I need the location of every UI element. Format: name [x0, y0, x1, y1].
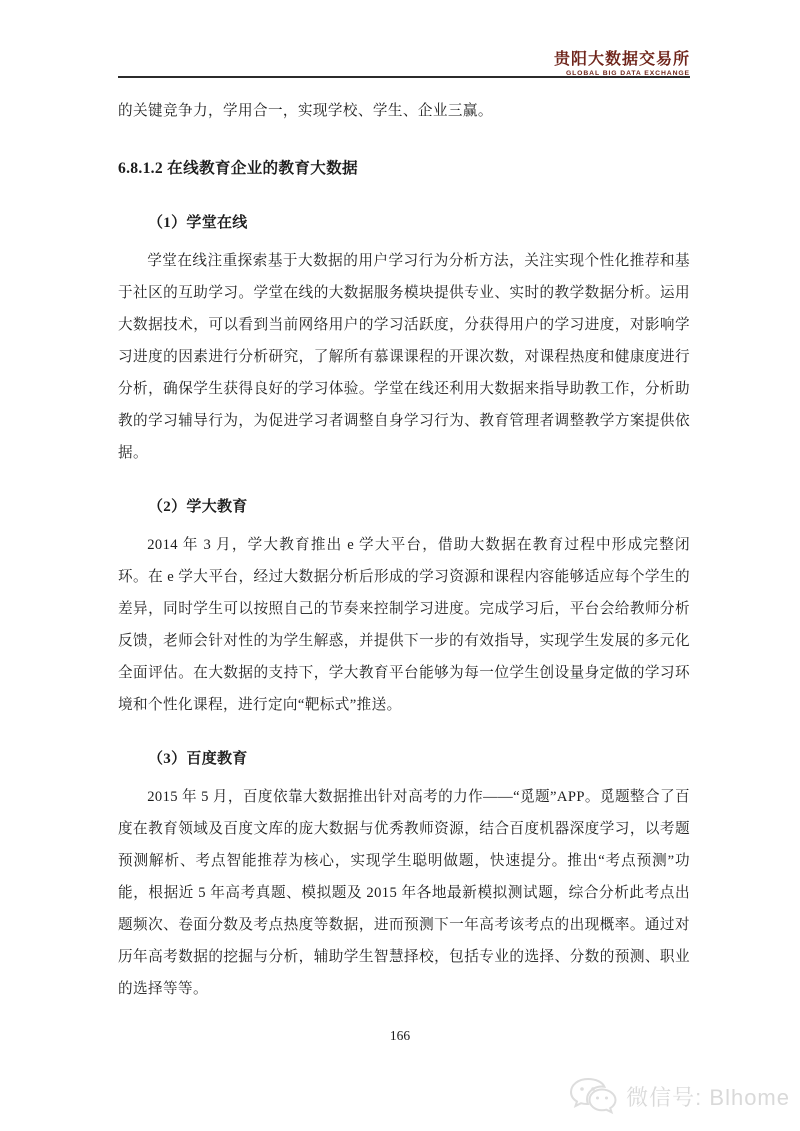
- subsection-heading-1: （1）学堂在线: [118, 207, 690, 239]
- section-heading: 6.8.1.2 在线教育企业的教育大数据: [118, 153, 690, 185]
- page-number: 166: [0, 1028, 800, 1044]
- subsection-paragraph-2: 2014 年 3 月，学大教育推出 e 学大平台，借助大数据在教育过程中形成完整…: [118, 529, 690, 721]
- document-body: 的关键竞争力，学用合一，实现学校、学生、企业三赢。 6.8.1.2 在线教育企业…: [118, 95, 690, 1009]
- subsection-paragraph-3: 2015 年 5 月，百度依靠大数据推出针对高考的力作——“觅题”APP。觅题整…: [118, 781, 690, 1005]
- logo-title: 贵阳大数据交易所: [554, 52, 690, 68]
- wechat-icon: [568, 1076, 620, 1116]
- subsection-heading-3: （3）百度教育: [118, 743, 690, 775]
- header-logo: 贵阳大数据交易所 GLOBAL BIG DATA EXCHANGE: [554, 52, 690, 78]
- watermark-text: 微信号: Blhome: [626, 1081, 790, 1112]
- header-divider: [118, 76, 690, 78]
- wechat-watermark: 微信号: Blhome: [568, 1076, 790, 1116]
- subsection-heading-2: （2）学大教育: [118, 491, 690, 523]
- intro-paragraph: 的关键竞争力，学用合一，实现学校、学生、企业三赢。: [118, 95, 690, 127]
- document-page: 贵阳大数据交易所 GLOBAL BIG DATA EXCHANGE 的关键竞争力…: [0, 0, 800, 1131]
- subsection-paragraph-1: 学堂在线注重探索基于大数据的用户学习行为分析方法，关注实现个性化推荐和基于社区的…: [118, 245, 690, 469]
